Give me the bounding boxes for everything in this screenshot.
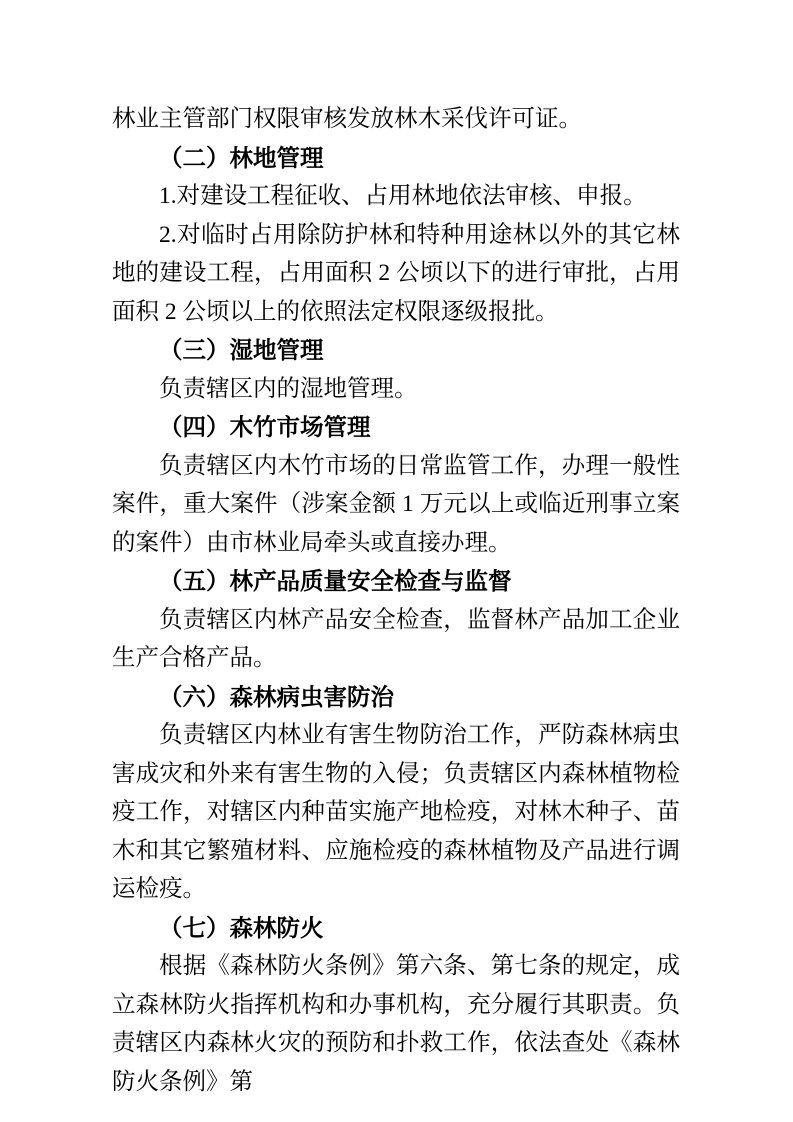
paragraph: 负责辖区内林业有害生物防治工作，严防森林病虫害成灾和外来有害生物的入侵；负责辖区… bbox=[112, 716, 680, 909]
section-heading: （三）湿地管理 bbox=[112, 331, 680, 370]
paragraph: 负责辖区内的湿地管理。 bbox=[112, 370, 680, 409]
paragraph: 2.对临时占用除防护林和特种用途林以外的其它林地的建设工程，占用面积 2 公顷以… bbox=[112, 216, 680, 332]
section-heading: （四）木竹市场管理 bbox=[112, 408, 680, 447]
document-body: 林业主管部门权限审核发放林木采伐许可证。（二）林地管理1.对建设工程征收、占用林… bbox=[112, 100, 680, 1101]
document-page: 林业主管部门权限审核发放林木采伐许可证。（二）林地管理1.对建设工程征收、占用林… bbox=[0, 0, 793, 1122]
section-heading: （七）森林防火 bbox=[112, 909, 680, 948]
paragraph: 根据《森林防火条例》第六条、第七条的规定，成立森林防火指挥机构和办事机构，充分履… bbox=[112, 947, 680, 1101]
paragraph: 负责辖区内木竹市场的日常监管工作，办理一般性案件，重大案件（涉案金额 1 万元以… bbox=[112, 447, 680, 563]
section-heading: （五）林产品质量安全检查与监督 bbox=[112, 562, 680, 601]
paragraph: 1.对建设工程征收、占用林地依法审核、申报。 bbox=[112, 177, 680, 216]
section-heading: （六）森林病虫害防治 bbox=[112, 678, 680, 717]
section-heading: （二）林地管理 bbox=[112, 139, 680, 178]
paragraph: 负责辖区内林产品安全检查，监督林产品加工企业生产合格产品。 bbox=[112, 601, 680, 678]
paragraph: 林业主管部门权限审核发放林木采伐许可证。 bbox=[112, 100, 680, 139]
